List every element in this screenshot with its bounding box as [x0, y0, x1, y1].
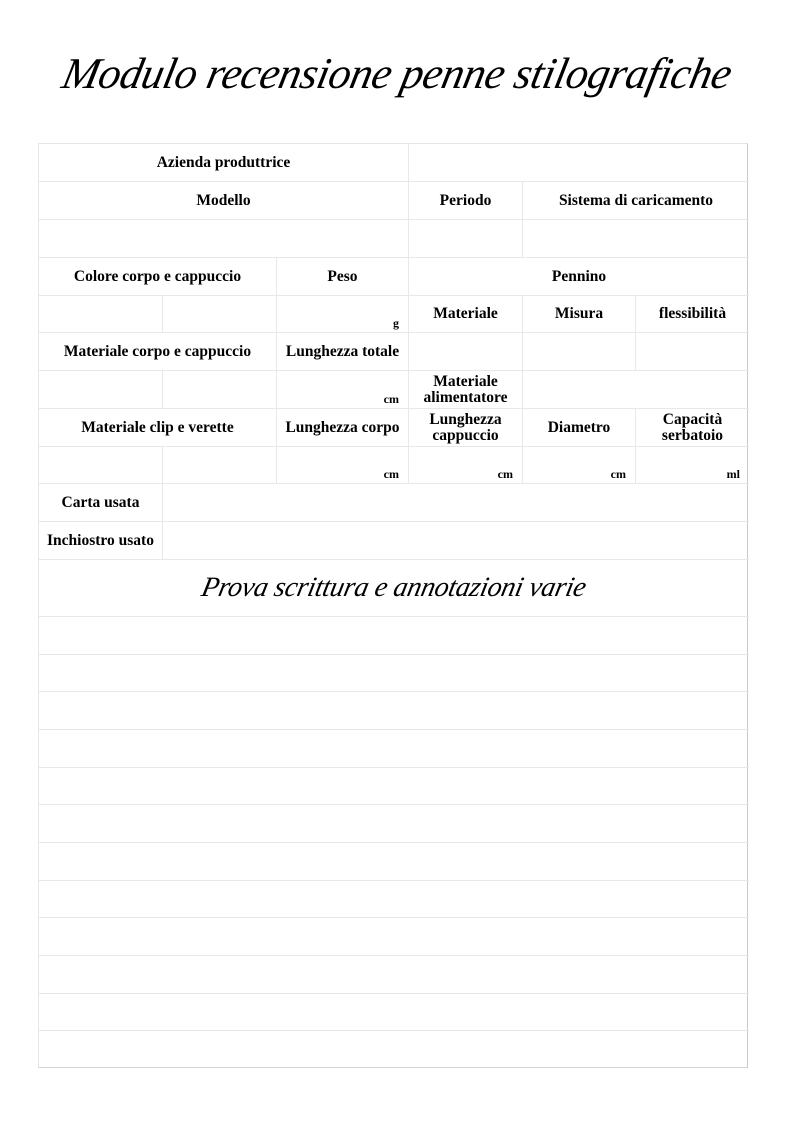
- label-pennino: Pennino: [409, 258, 749, 296]
- field-pennino-materiale[interactable]: [409, 333, 523, 371]
- notes-section-header: Prova scrittura e annotazioni varie: [39, 560, 749, 617]
- label-lunghezza-cappuccio: Lunghezza cappuccio: [409, 409, 523, 447]
- label-sistema-caricamento: Sistema di caricamento: [523, 182, 749, 220]
- notes-line[interactable]: [39, 655, 749, 693]
- label-pennino-materiale: Materiale: [409, 296, 523, 333]
- field-materiale-clip[interactable]: [39, 447, 163, 484]
- field-materiale-alimentatore[interactable]: [523, 371, 749, 409]
- notes-line[interactable]: [39, 768, 749, 806]
- label-pennino-flessibilita: flessibilità: [636, 296, 749, 333]
- page-title: Modulo recensione penne stilografiche: [0, 44, 794, 104]
- label-periodo: Periodo: [409, 182, 523, 220]
- label-materiale-alimentatore: Materiale alimentatore: [409, 371, 523, 409]
- field-peso[interactable]: g: [277, 296, 409, 333]
- label-carta: Carta usata: [39, 484, 163, 522]
- label-lunghezza-totale: Lunghezza totale: [277, 333, 409, 371]
- notes-line[interactable]: [39, 994, 749, 1032]
- label-capacita: Capacità serbatoio: [636, 409, 749, 447]
- field-capacita[interactable]: ml: [636, 447, 749, 484]
- field-carta[interactable]: [163, 484, 749, 522]
- label-lunghezza-corpo: Lunghezza corpo: [277, 409, 409, 447]
- field-lunghezza-corpo[interactable]: cm: [277, 447, 409, 484]
- label-inchiostro: Inchiostro usato: [39, 522, 163, 560]
- field-pennino-flessibilita[interactable]: [636, 333, 749, 371]
- field-materiale-cappuccio[interactable]: [163, 371, 277, 409]
- label-diametro: Diametro: [523, 409, 636, 447]
- notes-line[interactable]: [39, 881, 749, 919]
- notes-line[interactable]: [39, 918, 749, 956]
- field-sistema-caricamento[interactable]: [523, 220, 749, 258]
- label-modello: Modello: [39, 182, 409, 220]
- notes-section-title: Prova scrittura e annotazioni varie: [201, 580, 588, 596]
- label-materiale-clip: Materiale clip e verette: [39, 409, 277, 447]
- field-modello[interactable]: [39, 220, 409, 258]
- review-form-grid: Azienda produttrice Modello Periodo Sist…: [38, 143, 748, 1068]
- field-lunghezza-cappuccio[interactable]: cm: [409, 447, 523, 484]
- label-colore: Colore corpo e cappuccio: [39, 258, 277, 296]
- notes-line[interactable]: [39, 805, 749, 843]
- field-azienda[interactable]: [409, 144, 749, 182]
- field-pennino-misura[interactable]: [523, 333, 636, 371]
- field-inchiostro[interactable]: [163, 522, 749, 560]
- notes-line[interactable]: [39, 730, 749, 768]
- notes-line[interactable]: [39, 692, 749, 730]
- label-peso: Peso: [277, 258, 409, 296]
- field-materiale-corpo[interactable]: [39, 371, 163, 409]
- field-colore-corpo[interactable]: [39, 296, 163, 333]
- label-materiale-corpo: Materiale corpo e cappuccio: [39, 333, 277, 371]
- field-colore-cappuccio[interactable]: [163, 296, 277, 333]
- label-pennino-misura: Misura: [523, 296, 636, 333]
- field-periodo[interactable]: [409, 220, 523, 258]
- label-azienda: Azienda produttrice: [39, 144, 409, 182]
- notes-line[interactable]: [39, 956, 749, 994]
- notes-line[interactable]: [39, 617, 749, 655]
- field-lunghezza-totale[interactable]: cm: [277, 371, 409, 409]
- field-materiale-verette[interactable]: [163, 447, 277, 484]
- notes-line[interactable]: [39, 843, 749, 881]
- field-diametro[interactable]: cm: [523, 447, 636, 484]
- notes-line[interactable]: [39, 1031, 749, 1069]
